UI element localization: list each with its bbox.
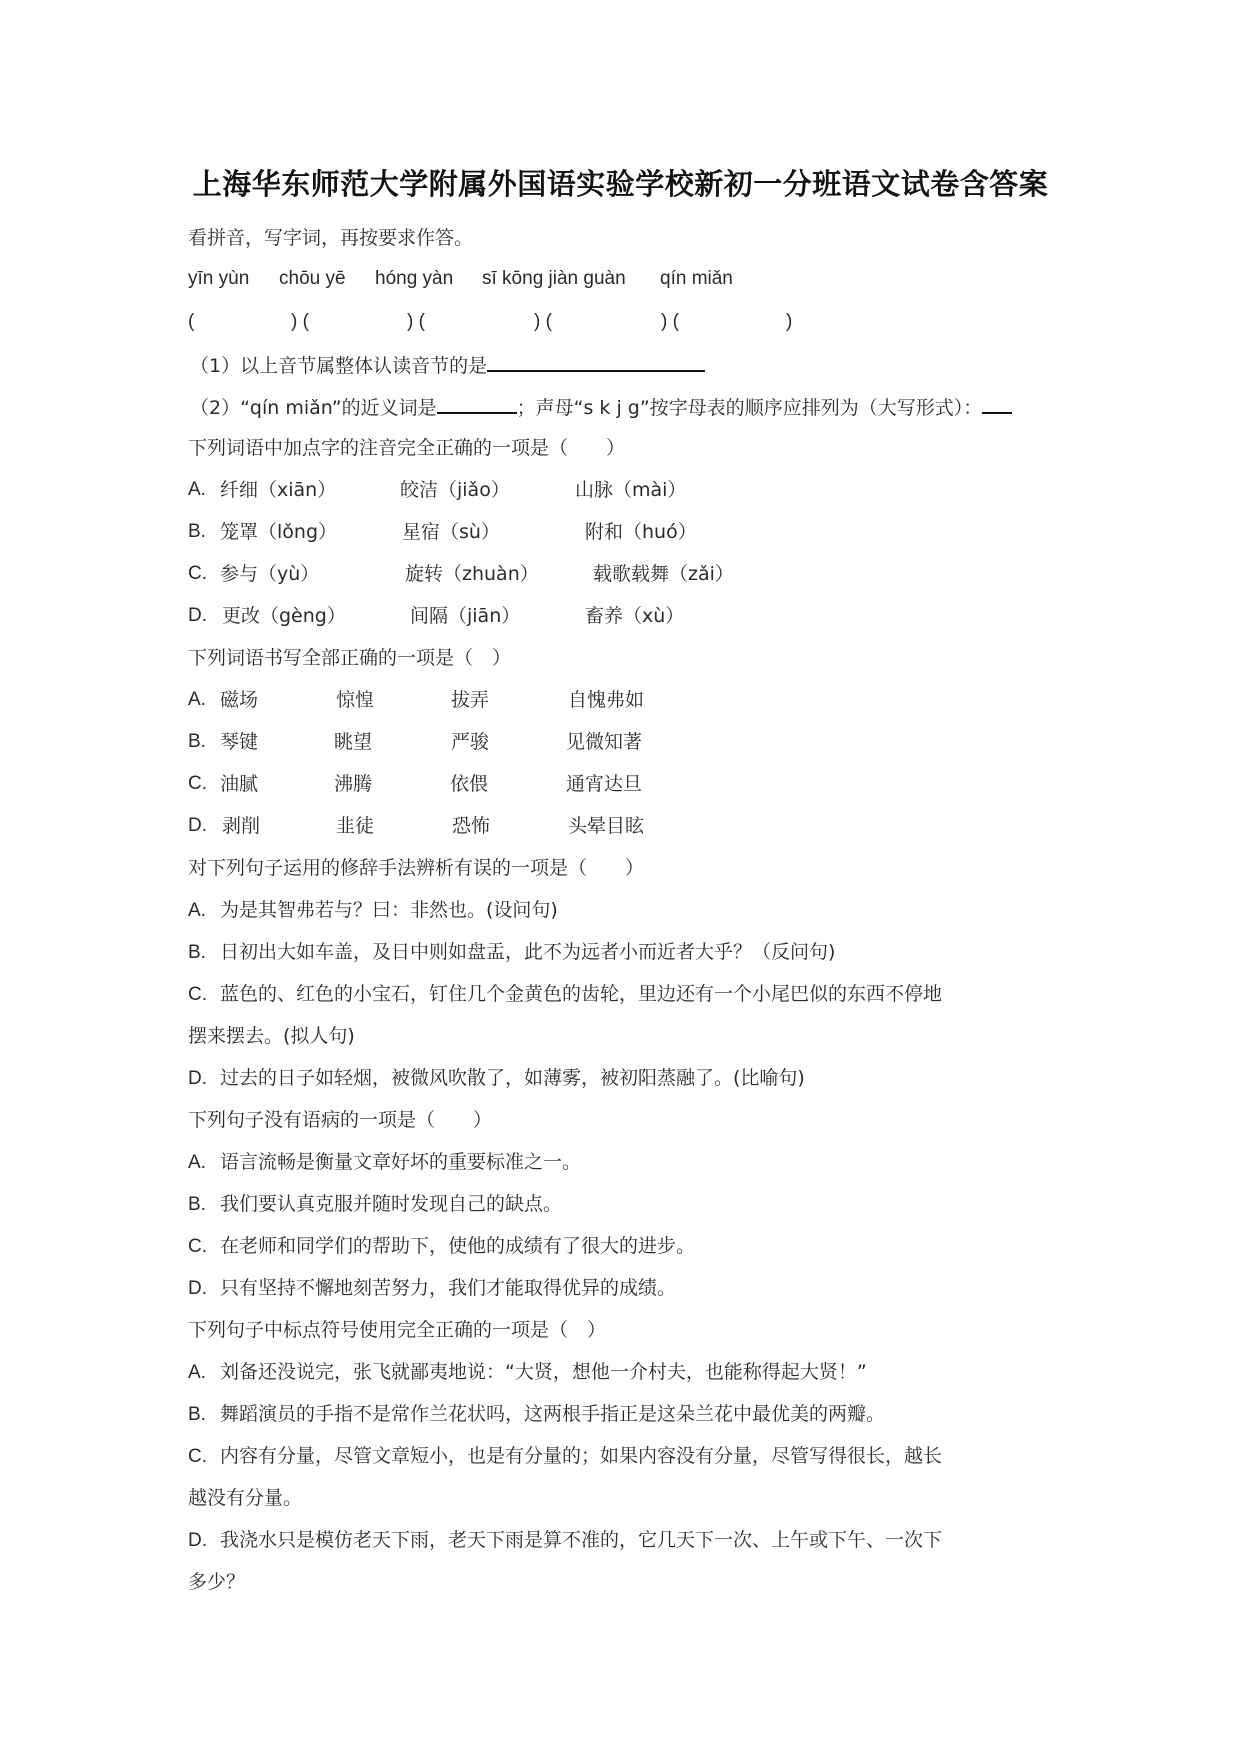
option-item: 星宿（sù） [402, 520, 500, 544]
option-item: 更改（gèng） [222, 604, 346, 628]
q4-option-b[interactable]: B.日初出大如车盖，及日中则如盘盂，此不为远者小而近者大乎？（反问句) [188, 940, 835, 965]
answer-blank-paren[interactable]: ) [786, 310, 792, 334]
q1-pinyin-row: yīn yùn chōu yē hóng yàn sī kōng jiàn gu… [188, 267, 1088, 291]
option-item: 皎洁（jiǎo） [400, 478, 510, 502]
option-item: 油腻 [220, 772, 258, 796]
option-text: 我们要认真克服并随时发现自己的缺点。 [220, 1193, 562, 1215]
q5-option-d[interactable]: D.只有坚持不懈地刻苦努力，我们才能取得优异的成绩。 [188, 1276, 676, 1301]
option-label: A. [188, 478, 220, 502]
option-label: C. [188, 1235, 220, 1259]
option-item: 惊惶 [336, 688, 374, 712]
option-label: D. [188, 604, 220, 628]
option-text: 蓝色的、红色的小宝石，钉住几个金黄色的齿轮，里边还有一个小尾巴似的东西不停地 [220, 983, 942, 1005]
q1-sub2-text-a: （2）“qín miǎn”的近义词是 [190, 397, 437, 419]
q4-option-d[interactable]: D.过去的日子如轻烟，被微风吹散了，如薄雾，被初阳蒸融了。(比喻句) [188, 1066, 805, 1091]
q2-option-a[interactable]: A. 纤细（xiān） 皎洁（jiǎo） 山脉（mài） [188, 478, 988, 502]
option-item: 依偎 [450, 772, 488, 796]
q3-option-c[interactable]: C. 油腻 沸腾 依偎 通宵达旦 [188, 772, 988, 796]
option-item: 附和（huó） [585, 520, 697, 544]
q1-answer-blanks: ( ) ( ) ( ) ( ) ( ) [188, 310, 1088, 334]
answer-blank-paren[interactable]: ) ( [407, 310, 425, 334]
q3-stem: 下列词语书写全部正确的一项是（ ） [188, 646, 511, 670]
q6-option-c[interactable]: C.内容有分量，尽管文章短小，也是有分量的；如果内容没有分量，尽管写得很长，越长 [188, 1444, 942, 1469]
q6-option-d-cont: 多少？ [188, 1570, 245, 1594]
q1-instruction: 看拼音，写字词，再按要求作答。 [188, 226, 473, 250]
option-label: C. [188, 562, 220, 586]
q1-sub2-text-b: ；声母“s k j g”按字母表的顺序应排列为（大写形式）： [517, 397, 983, 419]
q3-option-a[interactable]: A. 磁场 惊惶 拔弄 自愧弗如 [188, 688, 988, 712]
option-item: 通宵达旦 [566, 772, 642, 796]
q2-option-d[interactable]: D. 更改（gèng） 间隔（jiān） 畜养（xù） [188, 604, 988, 628]
option-text: 日初出大如车盖，及日中则如盘盂，此不为远者小而近者大乎？（反问句) [220, 941, 835, 963]
option-item: 磁场 [220, 688, 258, 712]
option-label: D. [188, 814, 220, 838]
option-label: D. [188, 1277, 220, 1301]
option-item: 见微知著 [566, 730, 642, 754]
option-item: 韭徒 [336, 814, 374, 838]
pinyin-item: chōu yē [279, 267, 346, 291]
option-text: 为是其智弗若与？曰：非然也。(设问句) [220, 899, 558, 921]
option-item: 山脉（mài） [575, 478, 686, 502]
q4-option-c[interactable]: C.蓝色的、红色的小宝石，钉住几个金黄色的齿轮，里边还有一个小尾巴似的东西不停地 [188, 982, 942, 1007]
option-item: 拔弄 [451, 688, 489, 712]
answer-blank-paren[interactable]: ) ( [291, 310, 309, 334]
option-label: B. [188, 1193, 220, 1217]
q6-option-c-cont: 越没有分量。 [188, 1486, 302, 1510]
option-item: 眺望 [334, 730, 372, 754]
answer-blank-paren[interactable]: ( [188, 310, 194, 334]
option-item: 剥削 [222, 814, 260, 838]
option-label: A. [188, 899, 220, 923]
option-item: 头晕目眩 [568, 814, 644, 838]
q2-option-b[interactable]: B. 笼罩（lǒng） 星宿（sù） 附和（huó） [188, 520, 988, 544]
pinyin-item: hóng yàn [375, 267, 453, 291]
q3-option-b[interactable]: B. 琴键 眺望 严骏 见微知著 [188, 730, 988, 754]
option-item: 参与（yù） [220, 562, 319, 586]
q5-stem: 下列句子没有语病的一项是（ ） [188, 1108, 492, 1132]
q4-option-a[interactable]: A.为是其智弗若与？曰：非然也。(设问句) [188, 898, 558, 923]
option-label: A. [188, 1151, 220, 1175]
option-label: C. [188, 1445, 220, 1469]
q5-option-a[interactable]: A.语言流畅是衡量文章好坏的重要标准之一。 [188, 1150, 581, 1175]
answer-blank-paren[interactable]: ) ( [661, 310, 679, 334]
q1-sub1-text: （1）以上音节属整体认读音节的是 [190, 355, 487, 377]
option-item: 旋转（zhuàn） [405, 562, 539, 586]
option-item: 自愧弗如 [568, 688, 644, 712]
option-item: 载歌载舞（zǎi） [593, 562, 734, 586]
answer-blank[interactable] [437, 394, 517, 414]
q1-sub1: （1）以上音节属整体认读音节的是 [190, 352, 705, 378]
q6-option-a[interactable]: A.刘备还没说完，张飞就鄙夷地说：“大贤，想他一介村夫，也能称得起大贤！” [188, 1360, 867, 1385]
option-label: A. [188, 1361, 220, 1385]
q5-option-b[interactable]: B.我们要认真克服并随时发现自己的缺点。 [188, 1192, 562, 1217]
q4-option-c-cont: 摆来摆去。(拟人句) [188, 1024, 355, 1048]
option-item: 琴键 [220, 730, 258, 754]
q2-stem: 下列词语中加点字的注音完全正确的一项是（ ） [188, 436, 625, 460]
answer-blank-paren[interactable]: ) ( [534, 310, 552, 334]
pinyin-item: qín miǎn [660, 267, 733, 291]
option-text: 舞蹈演员的手指不是常作兰花状吗，这两根手指正是这朵兰花中最优美的两瓣。 [220, 1403, 885, 1425]
option-label: B. [188, 941, 220, 965]
answer-blank[interactable] [487, 352, 705, 372]
option-label: C. [188, 983, 220, 1007]
option-text: 只有坚持不懈地刻苦努力，我们才能取得优异的成绩。 [220, 1277, 676, 1299]
option-item: 笼罩（lǒng） [220, 520, 337, 544]
option-text: 过去的日子如轻烟，被微风吹散了，如薄雾，被初阳蒸融了。(比喻句) [220, 1067, 805, 1089]
option-text: 我浇水只是模仿老天下雨，老天下雨是算不准的，它几天下一次、上午或下午、一次下 [220, 1529, 942, 1551]
q4-stem: 对下列句子运用的修辞手法辨析有误的一项是（ ） [188, 856, 644, 880]
document-title: 上海华东师范大学附属外国语实验学校新初一分班语文试卷含答案 [0, 162, 1241, 203]
option-label: A. [188, 688, 220, 712]
option-item: 沸腾 [334, 772, 372, 796]
option-item: 纤细（xiān） [220, 478, 336, 502]
option-label: B. [188, 730, 220, 754]
pinyin-item: yīn yùn [188, 267, 249, 291]
option-item: 间隔（jiān） [410, 604, 520, 628]
q6-stem: 下列句子中标点符号使用完全正确的一项是（ ） [188, 1318, 606, 1342]
option-label: B. [188, 520, 220, 544]
q3-option-d[interactable]: D. 剥削 韭徒 恐怖 头晕目眩 [188, 814, 988, 838]
option-text: 语言流畅是衡量文章好坏的重要标准之一。 [220, 1151, 581, 1173]
q2-option-c[interactable]: C. 参与（yù） 旋转（zhuàn） 载歌载舞（zǎi） [188, 562, 988, 586]
q5-option-c[interactable]: C.在老师和同学们的帮助下，使他的成绩有了很大的进步。 [188, 1234, 695, 1259]
option-label: D. [188, 1067, 220, 1091]
option-label: B. [188, 1403, 220, 1427]
option-label: C. [188, 772, 220, 796]
option-text: 刘备还没说完，张飞就鄙夷地说：“大贤，想他一介村夫，也能称得起大贤！” [220, 1361, 867, 1383]
option-text: 在老师和同学们的帮助下，使他的成绩有了很大的进步。 [220, 1235, 695, 1257]
option-item: 恐怖 [452, 814, 490, 838]
option-text: 内容有分量，尽管文章短小，也是有分量的；如果内容没有分量，尽管写得很长，越长 [220, 1445, 942, 1467]
option-item: 严骏 [451, 730, 489, 754]
option-label: D. [188, 1529, 220, 1553]
q1-sub2: （2）“qín miǎn”的近义词是；声母“s k j g”按字母表的顺序应排列… [190, 394, 1012, 420]
answer-blank[interactable] [982, 394, 1012, 414]
q6-option-d[interactable]: D.我浇水只是模仿老天下雨，老天下雨是算不准的，它几天下一次、上午或下午、一次下 [188, 1528, 942, 1553]
q6-option-b[interactable]: B.舞蹈演员的手指不是常作兰花状吗，这两根手指正是这朵兰花中最优美的两瓣。 [188, 1402, 885, 1427]
pinyin-item: sī kōng jiàn guàn [482, 267, 626, 291]
option-item: 畜养（xù） [585, 604, 684, 628]
